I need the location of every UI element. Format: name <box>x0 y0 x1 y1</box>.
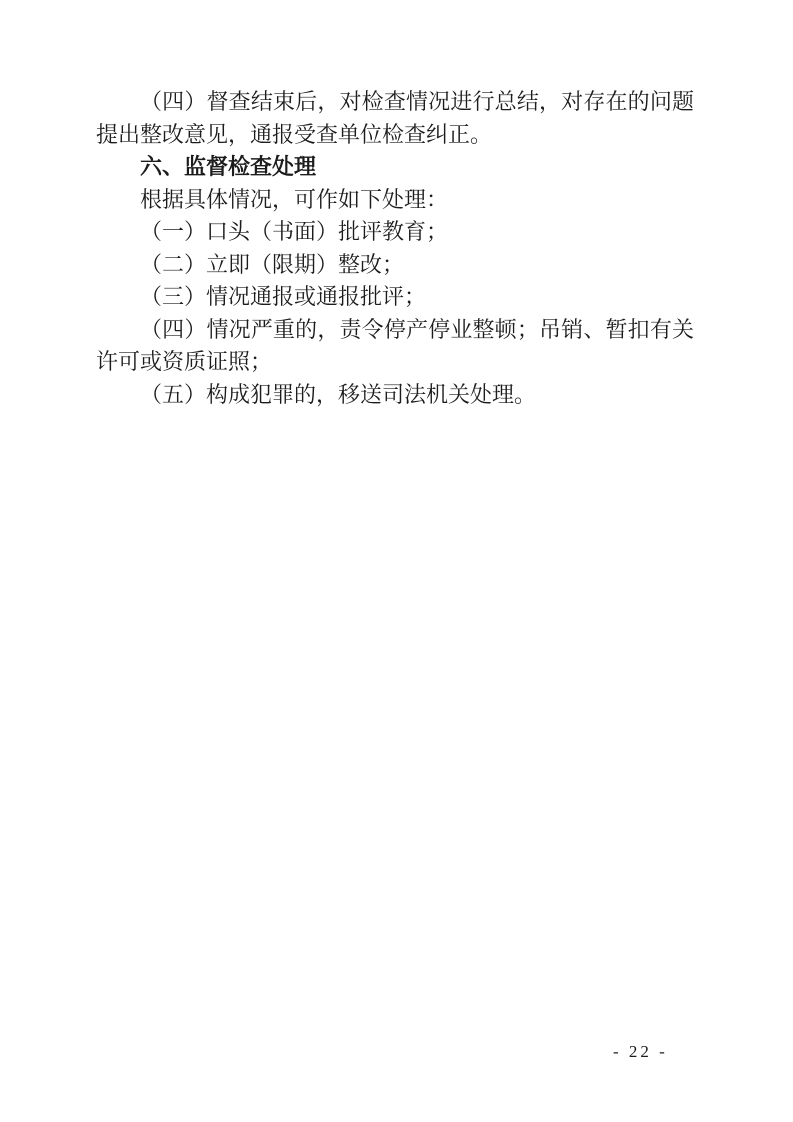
paragraph-supervision-summary: （四）督查结束后，对检查情况进行总结，对存在的问题提出整改意见，通报受查单位检查… <box>96 86 694 151</box>
list-item-4: （四）情况严重的，责令停产停业整顿；吊销、暂扣有关许可或资质证照； <box>96 314 694 379</box>
list-item-1: （一）口头（书面）批评教育； <box>96 216 694 249</box>
list-item-3: （三）情况通报或通报批评； <box>96 281 694 314</box>
page-number: - 22 - <box>613 1041 668 1063</box>
list-item-5: （五）构成犯罪的，移送司法机关处理。 <box>96 379 694 412</box>
section-heading-handling: 六、监督检查处理 <box>96 151 694 184</box>
list-item-2: （二）立即（限期）整改； <box>96 249 694 282</box>
document-content: （四）督查结束后，对检查情况进行总结，对存在的问题提出整改意见，通报受查单位检查… <box>96 86 694 411</box>
paragraph-handling-intro: 根据具体情况，可作如下处理： <box>96 184 694 217</box>
document-page: （四）督查结束后，对检查情况进行总结，对存在的问题提出整改意见，通报受查单位检查… <box>0 0 793 1122</box>
